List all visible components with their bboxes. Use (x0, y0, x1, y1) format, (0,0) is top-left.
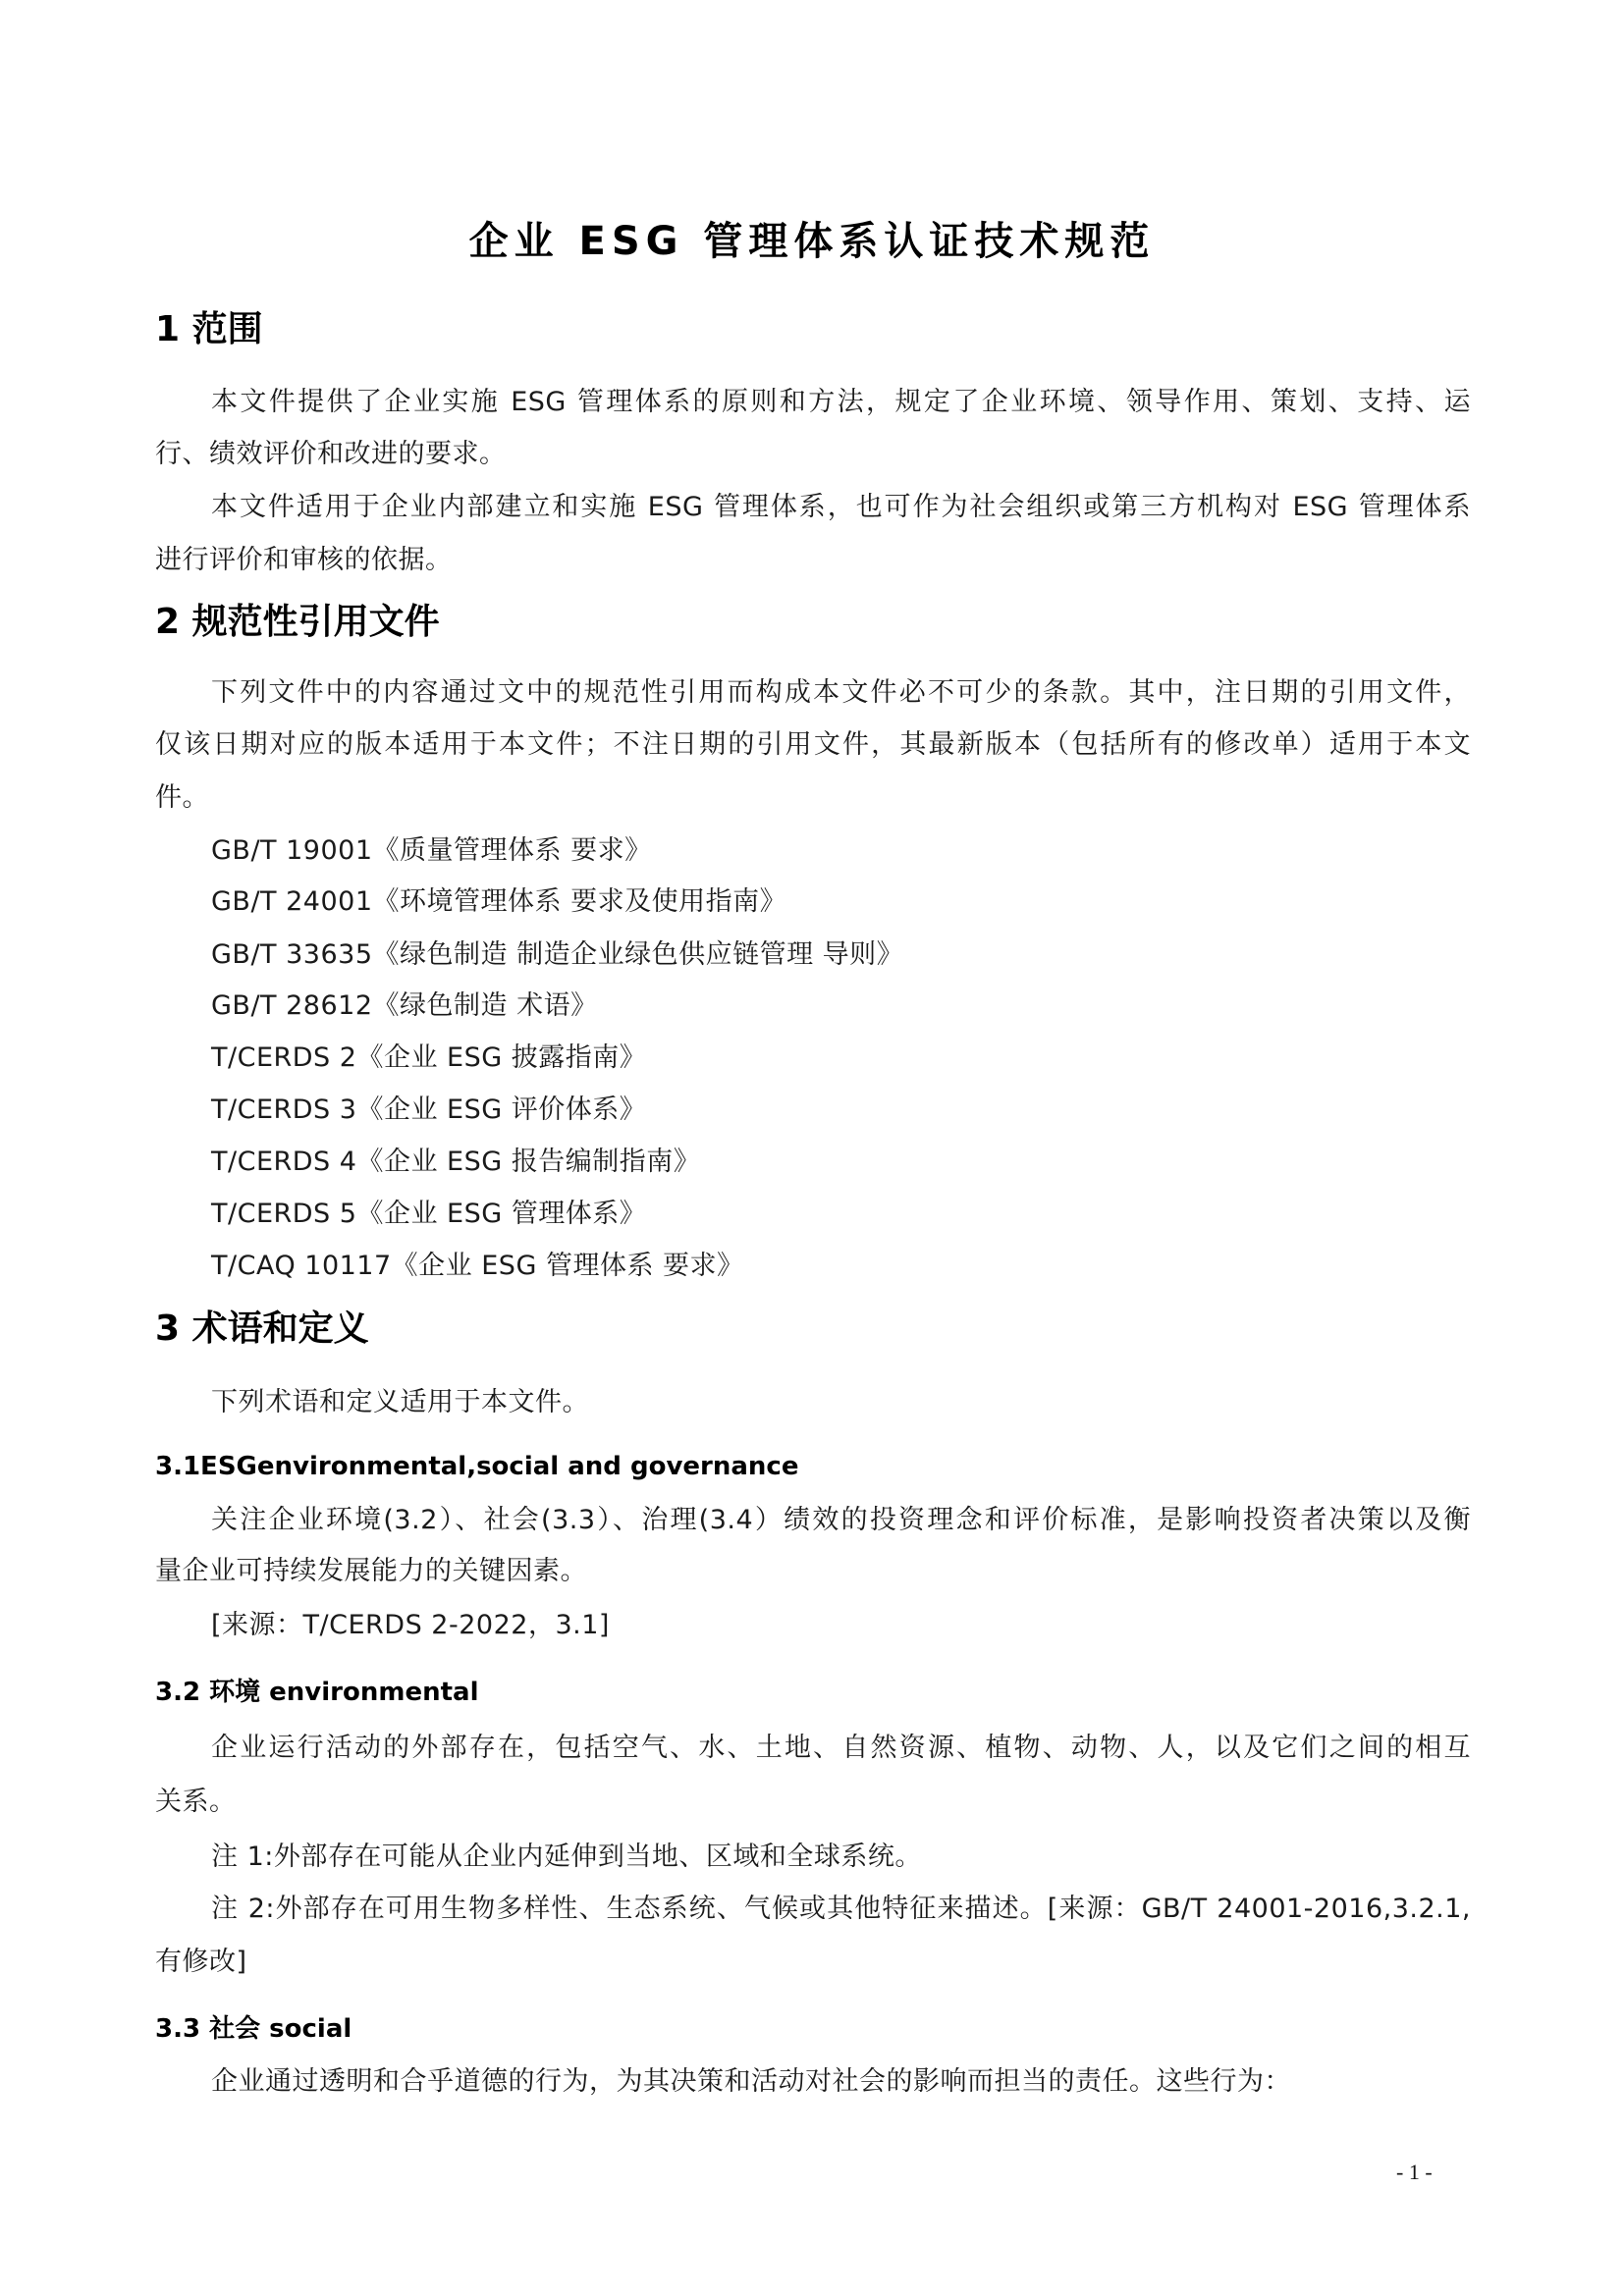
reference-item: T/CERDS 5《企业 ESG 管理体系》 (211, 1201, 646, 1227)
term-3-1-source: [来源：T/CERDS 2-2022，3.1] (211, 1612, 610, 1638)
references-paragraph-line-1: 下列文件中的内容通过文中的规范性引用而构成本文件必不可少的条款。其中，注日期的引… (211, 679, 1471, 706)
references-paragraph-line-2: 仅该日期对应的版本适用于本文件；不注日期的引用文件，其最新版本（包括所有的修改单… (155, 731, 1471, 758)
section-heading-normative-references: 2 规范性引用文件 (155, 605, 440, 640)
reference-item: T/CERDS 2《企业 ESG 披露指南》 (211, 1044, 646, 1071)
term-heading-3-1: 3.1ESGenvironmental,social and governanc… (155, 1454, 798, 1479)
scope-paragraph-1-line-1: 本文件提供了企业实施 ESG 管理体系的原则和方法，规定了企业环境、领导作用、策… (211, 389, 1471, 415)
reference-item: T/CERDS 3《企业 ESG 评价体系》 (211, 1096, 646, 1123)
page-number: - 1 - (1396, 2162, 1433, 2183)
reference-item: GB/T 33635《绿色制造 制造企业绿色供应链管理 导则》 (211, 941, 903, 968)
scope-paragraph-2-line-2: 进行评价和审核的依据。 (155, 547, 453, 573)
section-heading-scope: 1 范围 (155, 312, 263, 347)
term-3-2-note-2-line-2: 有修改] (155, 1949, 247, 1975)
reference-item: GB/T 24001《环境管理体系 要求及使用指南》 (211, 888, 786, 915)
term-3-2-note-1: 注 1:外部存在可能从企业内延伸到当地、区域和全球系统。 (211, 1843, 922, 1870)
terms-intro: 下列术语和定义适用于本文件。 (211, 1389, 589, 1415)
scope-paragraph-1-line-2: 行、绩效评价和改进的要求。 (155, 441, 507, 467)
term-3-2-line-2: 关系。 (155, 1789, 237, 1815)
document-title: 企业 ESG 管理体系认证技术规范 (0, 222, 1624, 261)
term-3-1-line-2: 量企业可持续发展能力的关键因素。 (155, 1558, 587, 1584)
scope-paragraph-2-line-1: 本文件适用于企业内部建立和实施 ESG 管理体系，也可作为社会组织或第三方机构对… (211, 494, 1471, 520)
reference-item: T/CAQ 10117《企业 ESG 管理体系 要求》 (211, 1253, 744, 1279)
term-heading-3-2: 3.2 环境 environmental (155, 1680, 478, 1705)
reference-item: T/CERDS 4《企业 ESG 报告编制指南》 (211, 1148, 700, 1175)
term-3-1-line-1: 关注企业环境(3.2）、社会(3.3）、治理(3.4）绩效的投资理念和评价标准，… (211, 1507, 1471, 1533)
references-paragraph-line-3: 件。 (155, 784, 209, 811)
term-heading-3-3: 3.3 社会 social (155, 2016, 352, 2042)
term-3-2-note-2-line-1: 注 2:外部存在可用生物多样性、生态系统、气候或其他特征来描述。[来源：GB/T… (211, 1896, 1471, 1922)
term-3-2-line-1: 企业运行活动的外部存在，包括空气、水、土地、自然资源、植物、动物、人，以及它们之… (211, 1735, 1471, 1761)
reference-item: GB/T 28612《绿色制造 术语》 (211, 992, 598, 1019)
document-page: 企业 ESG 管理体系认证技术规范 1 范围 本文件提供了企业实施 ESG 管理… (0, 0, 1624, 2296)
reference-item: GB/T 19001《质量管理体系 要求》 (211, 837, 652, 864)
term-3-3-line-1: 企业通过透明和合乎道德的行为，为其决策和活动对社会的影响而担当的责任。这些行为： (211, 2068, 1291, 2095)
section-heading-terms-definitions: 3 术语和定义 (155, 1311, 369, 1347)
